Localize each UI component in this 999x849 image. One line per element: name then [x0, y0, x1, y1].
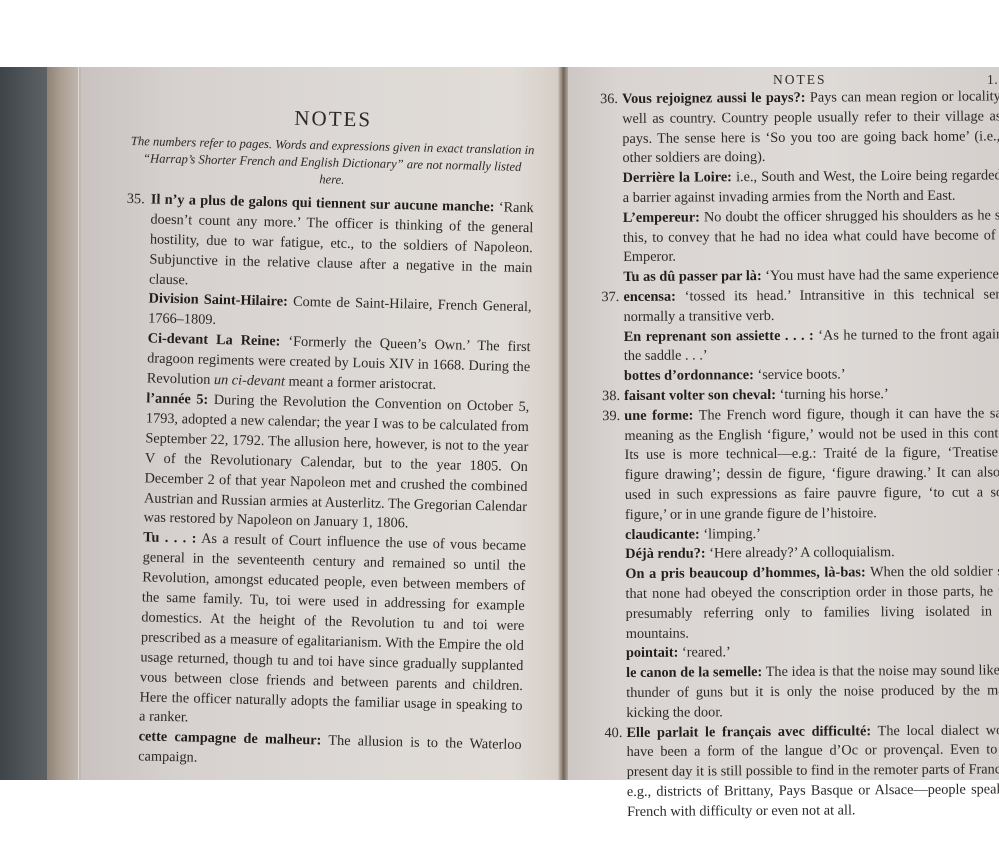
note-term: l’année 5: [146, 390, 208, 407]
note-entry: 39. une forme: The French word figure, t… [624, 404, 999, 526]
note-entry: Tu as dû passer par là: ‘You must have h… [623, 265, 999, 288]
note-entry: le canon de la semelle: The idea is that… [626, 661, 999, 723]
note-term: On a pris beaucoup d’hommes, là-bas: [625, 564, 865, 582]
note-entry: On a pris beaucoup d’hommes, là-bas: Whe… [625, 562, 999, 644]
note-entry: l’année 5: During the Revolution the Con… [121, 389, 529, 537]
note-entry: 38. faisant volter son cheval: ‘turning … [624, 384, 999, 407]
note-entry: claudicante: ‘limping.’ [625, 523, 999, 546]
left-page-content: NOTES The numbers refer to pages. Words … [116, 105, 536, 776]
note-term: claudicante: [625, 526, 700, 543]
note-entry: En reprenant son assiette . . . : ‘As he… [624, 325, 999, 367]
note-term: Déjà rendu?: [625, 546, 705, 563]
note-term: Tu . . . : [143, 530, 197, 547]
notes-intro: The numbers refer to pages. Words and ex… [129, 133, 535, 193]
note-term: une forme: [624, 407, 693, 423]
note-text: As a result of Court influence the use o… [139, 531, 526, 726]
note-term: Tu as dû passer par là: [623, 268, 761, 285]
note-text: ‘tossed its head.’ Intransitive in this … [624, 286, 999, 325]
note-term: L’empereur: [623, 209, 700, 226]
note-term: Ci-devant La Reine: [148, 331, 281, 350]
page-ref: 39. [602, 407, 620, 427]
note-term: encensa: [623, 289, 676, 305]
note-italic: un ci-devant [214, 372, 285, 390]
note-text: ‘You must have had the same experience.’ [765, 266, 999, 284]
note-term: Division Saint-Hilaire: [148, 291, 288, 310]
note-entry: pointait: ‘reared.’ [626, 642, 999, 665]
note-text: meant a former aristocrat. [288, 374, 436, 393]
note-term: bottes d’ordonnance: [624, 367, 754, 384]
note-entry: L’empereur: No doubt the officer shrugge… [623, 206, 999, 268]
page-ref: 35. [127, 190, 145, 210]
note-entry: Derrière la Loire: i.e., South and West,… [623, 166, 999, 208]
running-head: NOTES [773, 72, 827, 88]
note-entry: 35. Il n’y a plus de galons qui tiennent… [127, 190, 534, 299]
note-entry: Déjà rendu?: ‘Here already?’ A colloquia… [625, 543, 999, 566]
note-term: faisant volter son cheval: [624, 387, 776, 404]
note-entry: 36. Vous rejoignez aussi le pays?: Pays … [622, 87, 999, 169]
note-text: ‘service boots.’ [757, 367, 845, 384]
note-term: cette campagne de malheur: [138, 729, 321, 749]
page-edges [47, 67, 81, 780]
page-ref: 40. [604, 724, 622, 744]
note-entry: 37. encensa: ‘tossed its head.’ Intransi… [623, 285, 999, 327]
note-term: Vous rejoignez aussi le pays?: [622, 90, 806, 107]
right-page-content: 36. Vous rejoignez aussi le pays?: Pays … [622, 87, 999, 822]
note-term: Elle parlait le français avec difficulté… [626, 723, 871, 741]
page-number: 1… [987, 72, 999, 88]
page-ref: 38. [602, 387, 620, 407]
note-term: le canon de la semelle: [626, 664, 762, 681]
note-entry: Tu . . . : As a result of Court influenc… [117, 528, 526, 736]
book-cover [0, 67, 47, 780]
page-ref: 37. [601, 288, 619, 308]
note-entry: 40. Elle parlait le français avec diffic… [626, 721, 999, 823]
note-entry: Ci-devant La Reine: ‘Formerly the Queen’… [125, 329, 531, 398]
note-term: En reprenant son assiette . . . : [624, 327, 814, 344]
book-gutter [558, 67, 568, 780]
note-term: pointait: [626, 645, 679, 661]
note-text: ‘limping.’ [703, 526, 761, 542]
note-text: During the Revolution the Convention on … [143, 392, 529, 532]
page-ref: 36. [600, 90, 618, 110]
note-term: Derrière la Loire: [623, 169, 732, 186]
note-text: ‘Here already?’ A colloquialism. [709, 544, 895, 561]
note-entry: bottes d’ordonnance: ‘service boots.’ [624, 364, 999, 387]
note-text: ‘reared.’ [682, 645, 731, 661]
note-text: ‘turning his horse.’ [779, 386, 888, 403]
